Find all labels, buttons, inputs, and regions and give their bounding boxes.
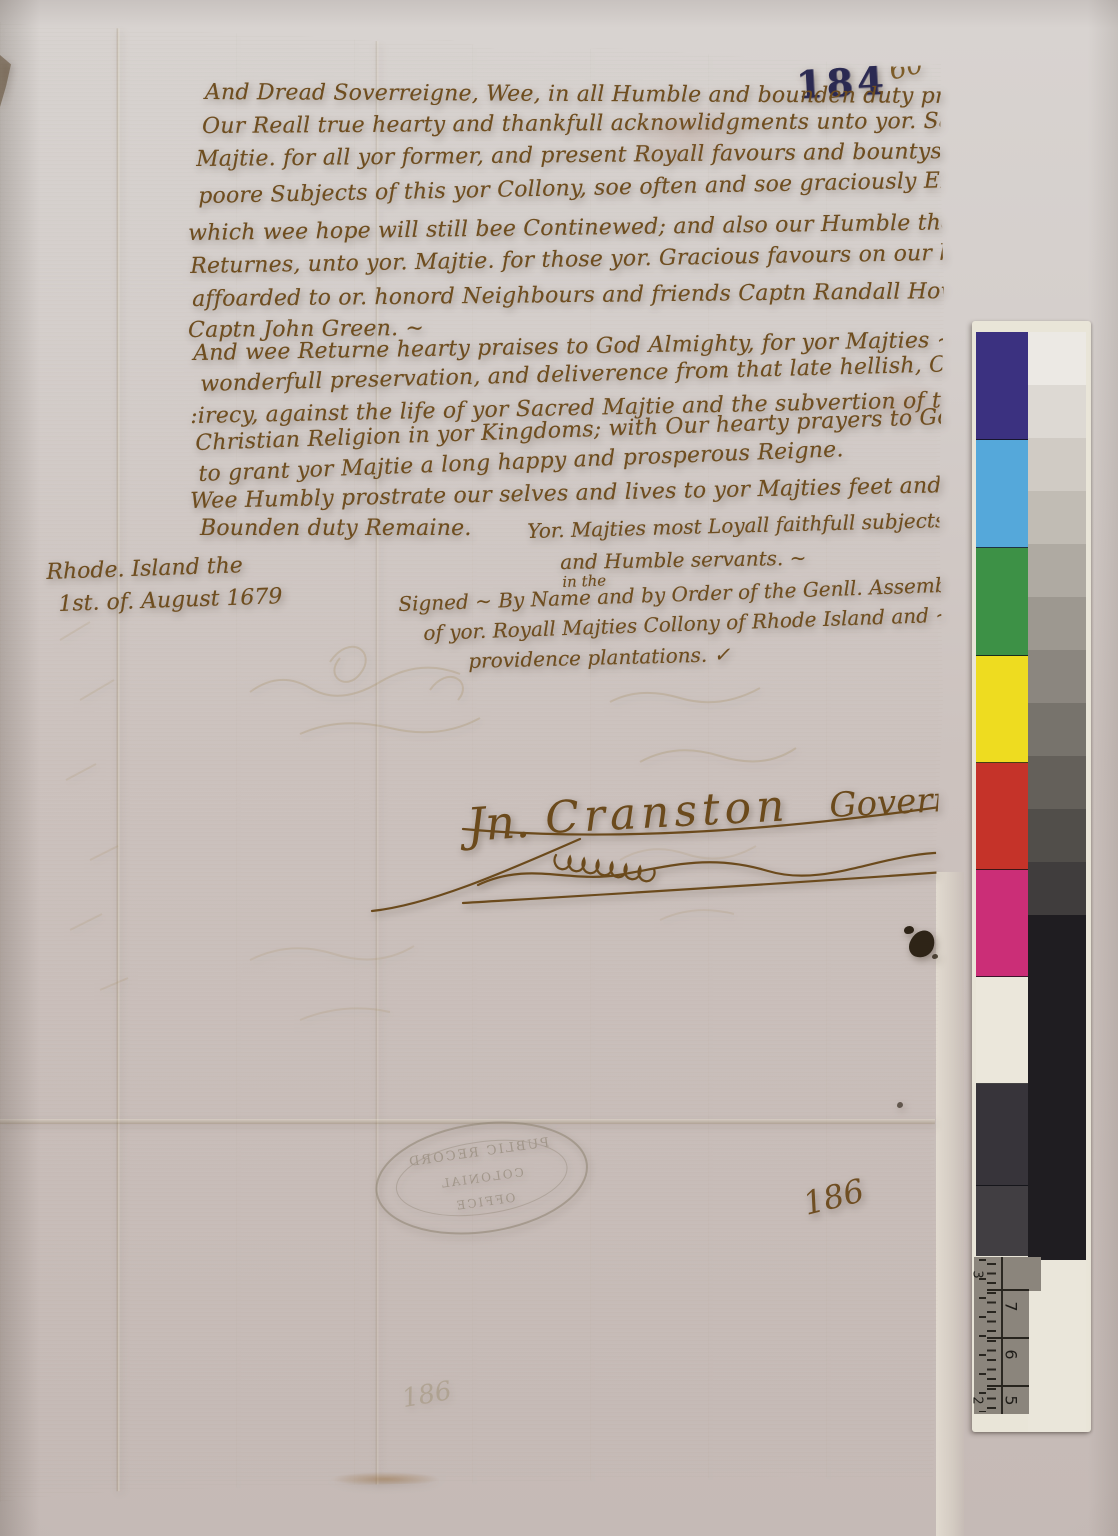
valediction-line: Yor. Majties most Loyall faithfull subje… xyxy=(527,508,945,543)
valediction-line: and Humble servants. ~ xyxy=(560,546,807,574)
ink-speck xyxy=(874,1486,883,1494)
ink-speck xyxy=(904,926,914,934)
manuscript-page: 184 60 186 186 And Dread Soverreigne, We… xyxy=(0,0,948,1512)
ruler-major-line xyxy=(987,1289,1029,1291)
calibration-patch-blue xyxy=(976,440,1028,548)
ruler-inch-ticks xyxy=(974,1259,986,1412)
gray-step xyxy=(1028,332,1086,385)
gray-step xyxy=(1028,438,1086,491)
letter-line: Our Reall true hearty and thankfull ackn… xyxy=(202,108,1003,139)
ruler-cm-label: 7 xyxy=(1002,1301,1021,1311)
governor-signature: Jn. Cranston Goverr xyxy=(368,733,964,923)
letter-line: affoarded to or. honord Neighbours and f… xyxy=(192,278,1058,312)
torn-edge-notch xyxy=(0,55,11,107)
ruler: 3 7 6 5 2 xyxy=(974,1257,1029,1414)
letter-line: And Dread Soverreigne, Wee, in all Humbl… xyxy=(205,80,1026,109)
calibration-patch-yellow xyxy=(976,656,1028,763)
ink-number-lower: 186 xyxy=(799,1171,867,1223)
vertical-fold-crease xyxy=(116,28,120,1493)
letter-line: Majtie. for all yor former, and present … xyxy=(196,138,1056,172)
ruler-cm-label: 6 xyxy=(1002,1349,1021,1359)
attestation-line: providence plantations. ✓ xyxy=(468,642,731,673)
ruler-notch xyxy=(1029,1257,1041,1291)
gray-step xyxy=(1028,650,1086,703)
calibration-patch-charcoal xyxy=(976,1186,1028,1256)
calibration-patch-red xyxy=(976,763,1028,870)
letter-line: poore Subjects of this yor Collony, soe … xyxy=(198,167,1031,209)
ink-number-top: 60 xyxy=(886,48,927,86)
ruler-divider-line xyxy=(1001,1257,1003,1414)
ruler-cm-label: 5 xyxy=(1002,1395,1021,1405)
gray-step xyxy=(1028,862,1086,915)
calibration-patch-darkgray xyxy=(976,1084,1028,1186)
calibration-patch-white xyxy=(976,977,1028,1084)
dateline-date: 1st. of. August 1679 xyxy=(58,584,283,617)
black-patch xyxy=(1028,915,1086,1260)
gray-step xyxy=(1028,385,1086,438)
ink-speck xyxy=(897,1102,903,1108)
signature-title: Goverr xyxy=(828,780,951,826)
gray-step xyxy=(1028,491,1086,544)
calibration-patch-green xyxy=(976,548,1028,656)
ruler-major-line xyxy=(987,1385,1029,1387)
ruler-major-line xyxy=(987,1337,1029,1339)
pencil-number-faint: 186 xyxy=(400,1376,454,1414)
stamp-text-middle: COLONIAL xyxy=(439,1165,525,1191)
gray-step xyxy=(1028,544,1086,597)
gray-step xyxy=(1028,703,1086,756)
ruler-inch-label: 2 xyxy=(970,1396,985,1404)
letter-line: Returnes, unto yor. Majtie. for those yo… xyxy=(190,239,1024,279)
gray-step xyxy=(1028,756,1086,809)
signature-forename: Jn. xyxy=(457,794,531,853)
calibration-patch-magenta xyxy=(976,870,1028,977)
color-calibration-target: 3 7 6 5 2 xyxy=(972,321,1091,1432)
public-record-office-stamp: PUBLIC RECORD COLONIAL OFFICE xyxy=(366,1116,598,1244)
gray-step xyxy=(1028,597,1086,650)
ink-speck xyxy=(932,954,938,959)
calibration-patch-navy xyxy=(976,332,1028,440)
letter-line: Bounden duty Remaine. xyxy=(200,516,472,541)
stain xyxy=(330,1472,440,1486)
signature-surname: Cranston xyxy=(544,780,791,844)
ruler-inch-label: 3 xyxy=(970,1270,985,1278)
stamp-text-top: PUBLIC RECORD xyxy=(406,1135,550,1170)
gray-step xyxy=(1028,809,1086,862)
dateline-place: Rhode. Island the xyxy=(46,553,243,585)
letter-line: which wee hope will still bee Continewed… xyxy=(188,209,1020,246)
